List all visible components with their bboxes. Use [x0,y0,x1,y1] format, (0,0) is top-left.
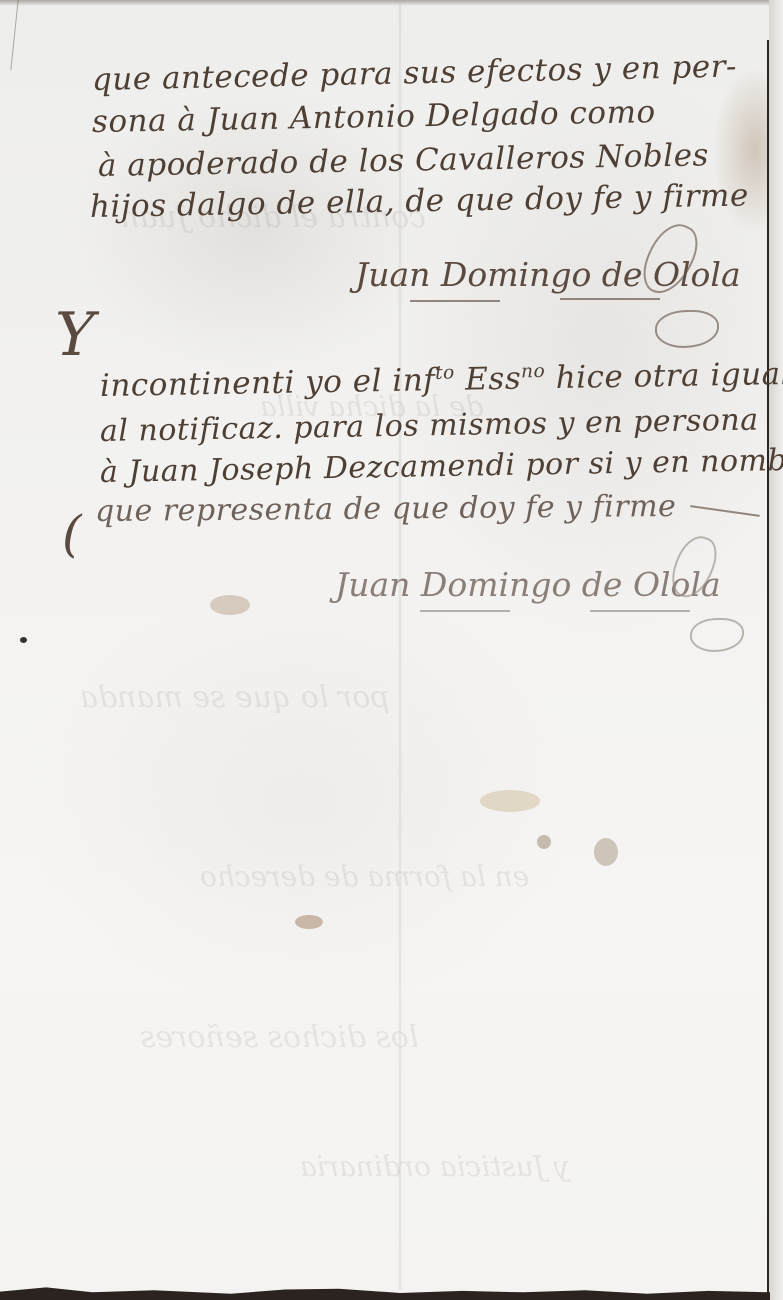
signature-flourish [590,610,690,612]
signature-rubric [655,310,719,348]
bleed-through-text: los dichos señores [140,1020,419,1055]
margin-flourish: ( [62,505,82,563]
text-line: à Juan Joseph Dezcamendi por si y en nom… [100,442,783,490]
ink-dot [20,637,27,643]
ink-stain [594,838,618,866]
foxing-stain [210,595,250,615]
page-torn-corner [0,0,19,70]
bleed-through-text: por lo que se manda [80,680,390,715]
text-line: incontinenti yo el infto Essno hice otra… [100,356,783,404]
signature-flourish [410,300,500,302]
page-bottom-edge [0,1286,770,1300]
foxing-stain [480,790,540,812]
abbr-superscript: to [435,362,455,383]
signature-rubric [690,618,744,652]
ink-stain [537,835,551,849]
text-line: à apoderado de los Cavalleros Nobles [98,137,710,184]
abbr-mid: Ess [455,361,522,398]
bleed-through-text: y Justicia ordinaria [300,1150,570,1183]
signature-flourish [420,610,510,612]
abbr-superscript: no [521,361,546,382]
binding-margin [769,0,783,1300]
page-top-edge [0,0,783,6]
foxing-stain [295,915,323,929]
text-word: incontinenti [100,365,296,404]
text-line: hijos dalgo de ella, de que doy fe y fir… [90,178,749,225]
abbr-rest: hice otra igual [545,356,783,396]
text-line: sona à Juan Antonio Delgado como [92,94,656,140]
margin-note: Y [55,300,95,370]
line-end-flourish [690,505,760,517]
text-line: al notificaz. para los mismos y en perso… [100,403,759,449]
notary-signature: Juan Domingo de Olola [335,565,721,604]
signature-flourish [560,298,660,300]
text-line: que antecede para sus efectos y en per- [92,48,738,98]
manuscript-page: contra el dicho Juan de la dicha villa p… [0,0,783,1300]
text-line: que representa de que doy fe y firme [95,489,677,529]
text-abbreviation: yo el infto Essno hice otra igual [305,356,783,400]
bleed-through-text: en la forma de derecho [200,860,529,893]
abbr-base: yo el inf [305,362,436,400]
